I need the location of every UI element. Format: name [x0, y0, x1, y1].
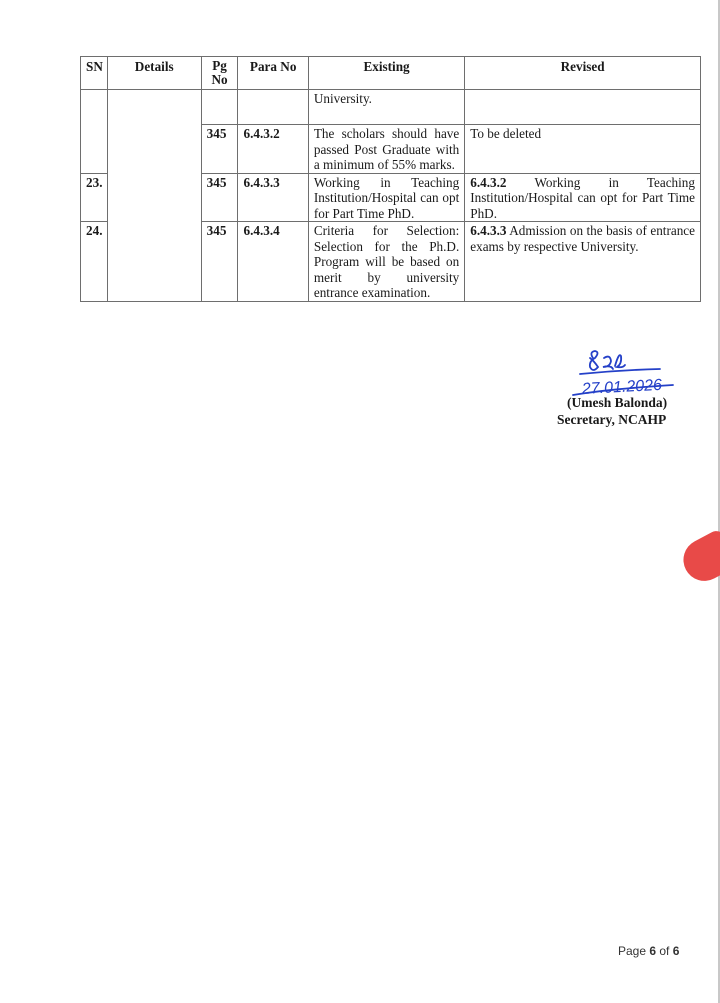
- header-revised: Revised: [465, 57, 701, 90]
- cell-pg: 345: [201, 222, 238, 302]
- cell-para: 6.4.3.2: [238, 125, 308, 174]
- revision-table: SN Details Pg No Para No Existing Revise…: [80, 56, 701, 302]
- cell-pg: 345: [201, 173, 238, 222]
- red-marker-blob: [676, 528, 720, 589]
- page-total: 6: [673, 944, 680, 958]
- revised-para-ref: 6.4.3.2: [470, 175, 506, 190]
- cell-revised: [465, 90, 701, 125]
- cell-revised: To be deleted: [465, 125, 701, 174]
- page-number: Page 6 of 6: [618, 944, 679, 958]
- cell-sn: 24.: [81, 222, 108, 302]
- table-header-row: SN Details Pg No Para No Existing Revise…: [81, 57, 701, 90]
- cell-existing: Criteria for Selection: Selection for th…: [308, 222, 464, 302]
- header-details: Details: [107, 57, 201, 90]
- cell-revised: 6.4.3.2 Working in Teaching Institution/…: [465, 173, 701, 222]
- cell-para: [238, 90, 308, 125]
- cell-pg: [201, 90, 238, 125]
- header-existing: Existing: [308, 57, 464, 90]
- signatory-name: (Umesh Balonda): [567, 395, 667, 411]
- page-prefix: Page: [618, 944, 649, 958]
- header-pg-no: Pg No: [201, 57, 238, 90]
- cell-existing: The scholars should have passed Post Gra…: [308, 125, 464, 174]
- table-row: University.: [81, 90, 701, 125]
- cell-pg: 345: [201, 125, 238, 174]
- cell-sn: [81, 90, 108, 174]
- cell-para: 6.4.3.3: [238, 173, 308, 222]
- cell-details: [107, 90, 201, 302]
- page-of: of: [656, 944, 673, 958]
- cell-existing: University.: [308, 90, 464, 125]
- signatory-title: Secretary, NCAHP: [557, 412, 666, 428]
- cell-sn: 23.: [81, 173, 108, 222]
- cell-existing: Working in Teaching Institution/Hospital…: [308, 173, 464, 222]
- header-sn: SN: [81, 57, 108, 90]
- header-para-no: Para No: [238, 57, 308, 90]
- cell-para: 6.4.3.4: [238, 222, 308, 302]
- cell-revised: 6.4.3.3 Admission on the basis of entran…: [465, 222, 701, 302]
- revised-para-ref: 6.4.3.3: [470, 223, 506, 238]
